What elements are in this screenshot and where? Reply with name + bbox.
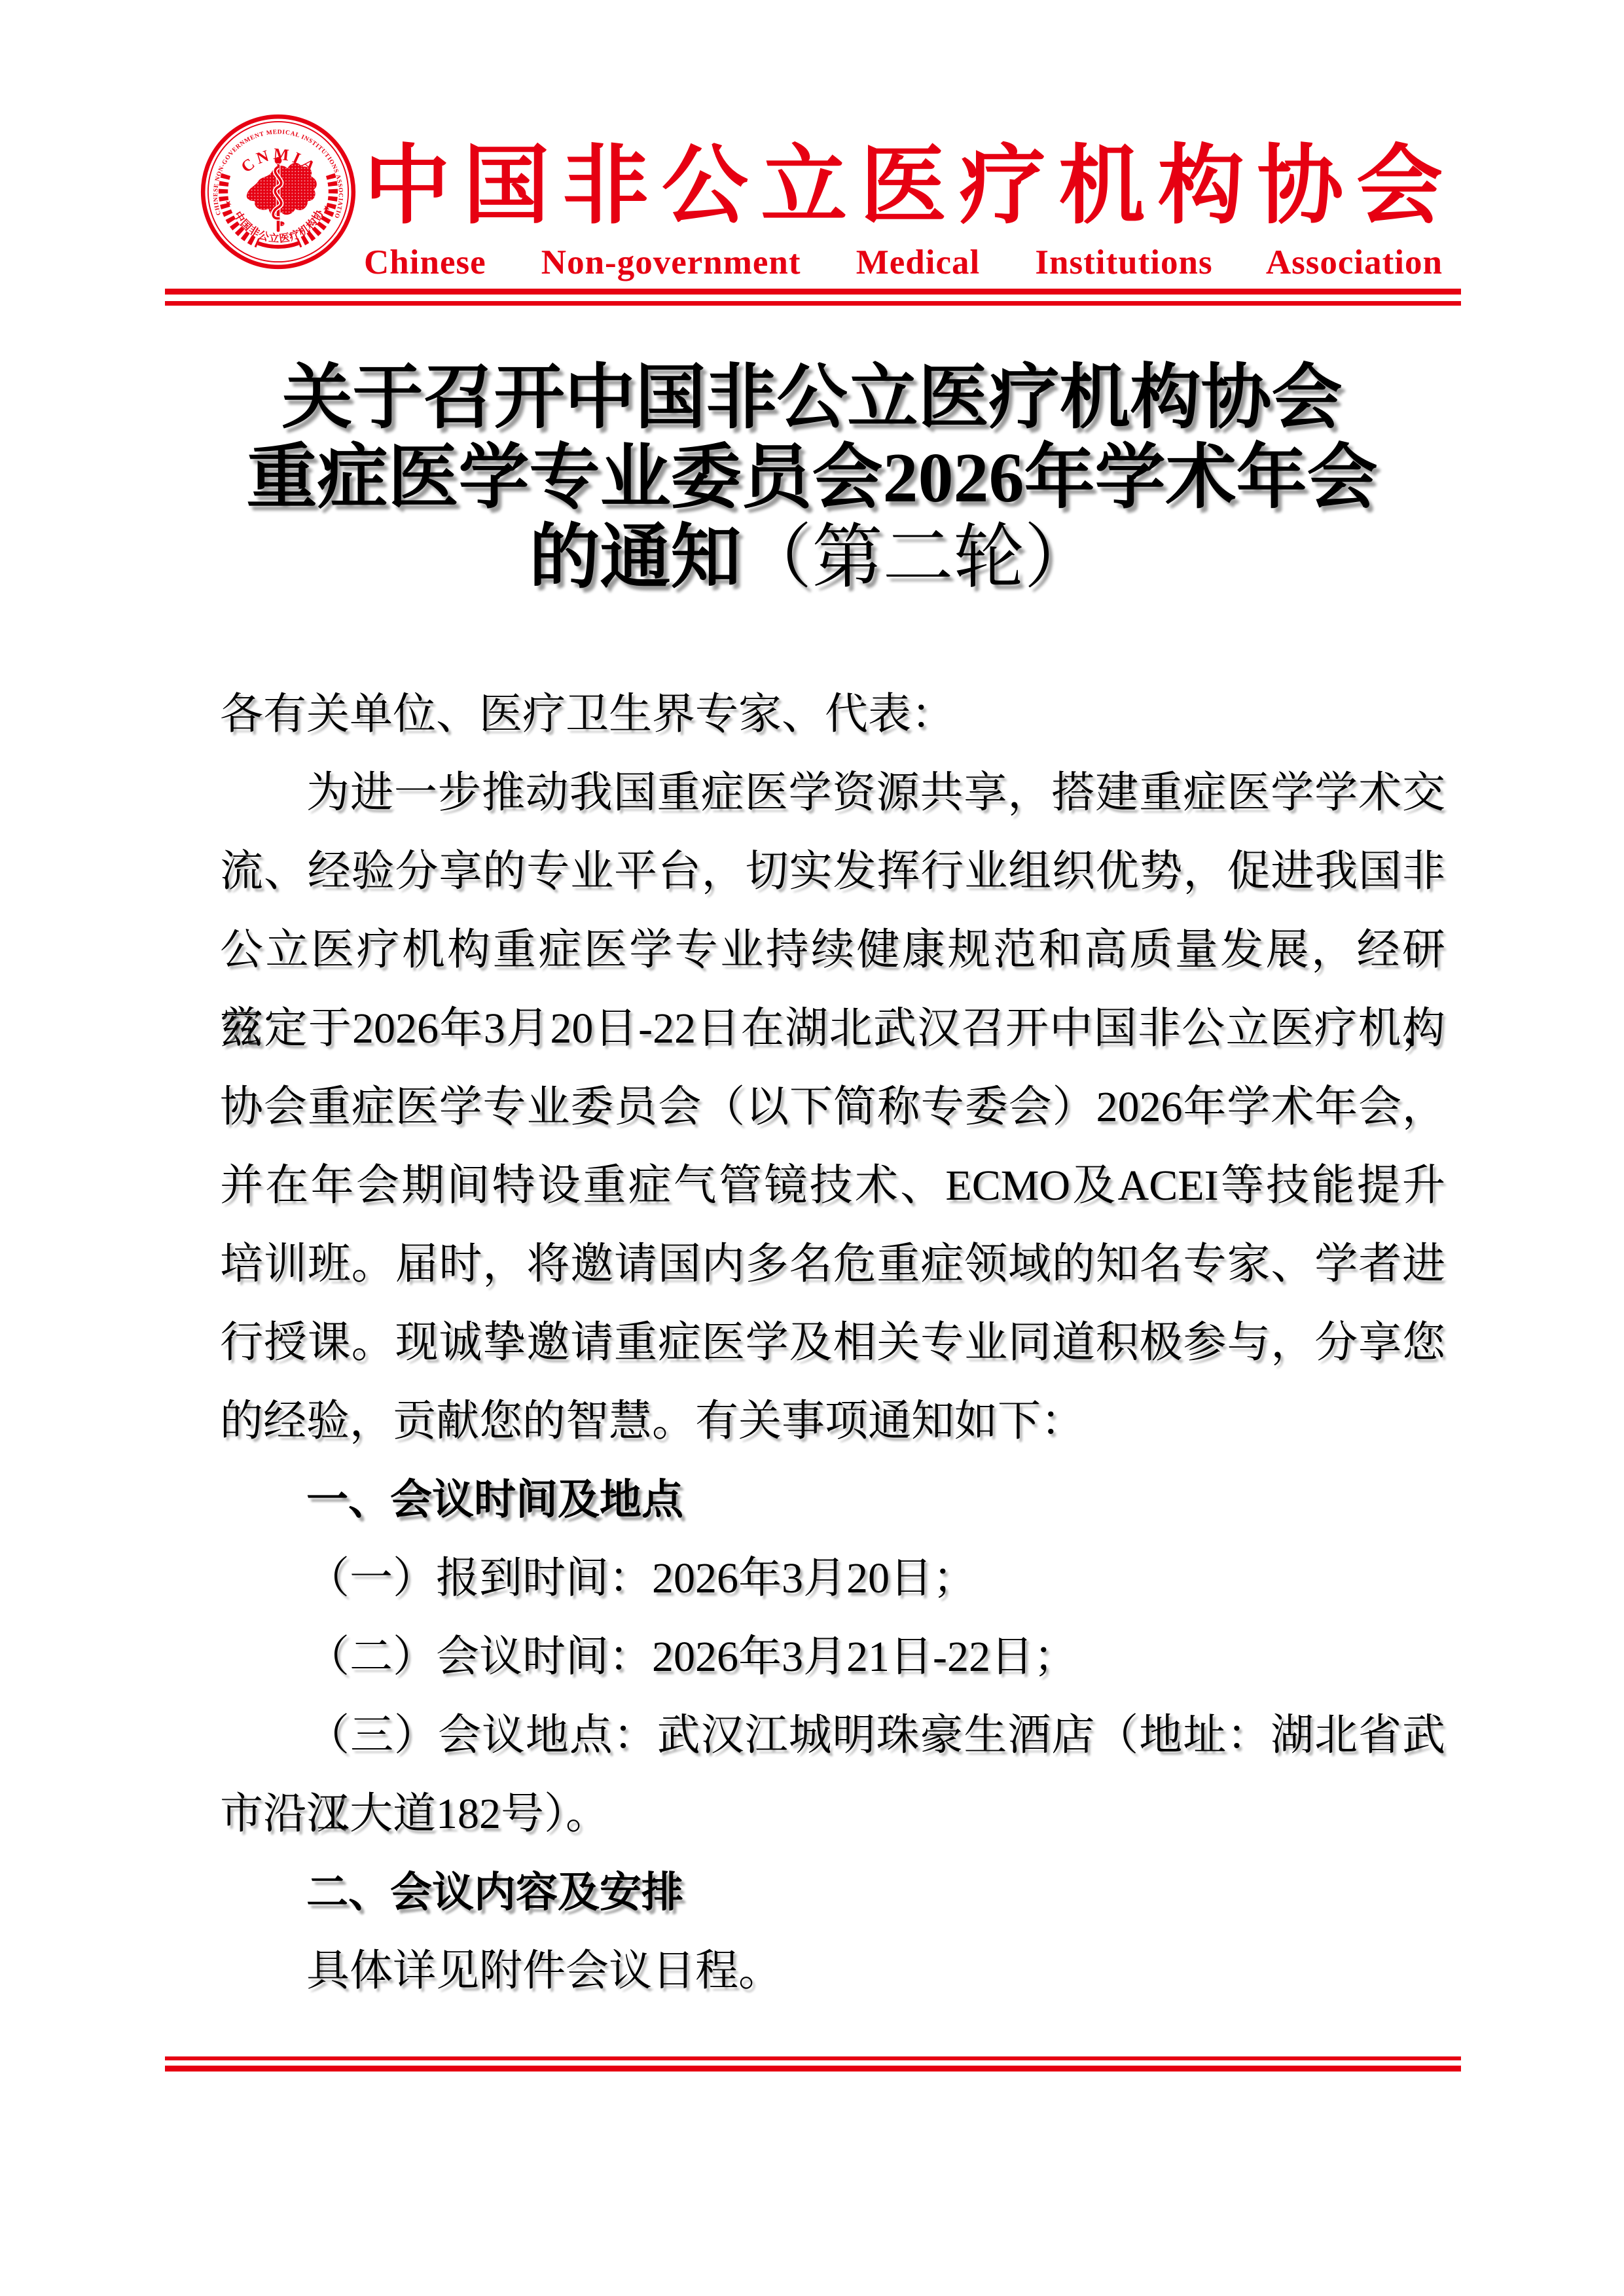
letterhead: 中国非公立医疗机构协会 Chinese Non-government Medic…: [364, 139, 1443, 281]
caduceus-icon: [273, 157, 281, 232]
body-line: 具体详见附件会议日程。: [220, 1932, 1445, 2011]
org-name-cn: 中国非公立医疗机构协会: [364, 139, 1443, 234]
body-line: （一）报到时间：2026年3月20日；: [220, 1539, 1445, 1618]
header-divider-thick: [165, 289, 1461, 295]
body-text: 各有关单位、医疗卫生界专家、代表：为进一步推动我国重症医学资源共享，搭建重症医学…: [220, 675, 1445, 2011]
body-line: 各有关单位、医疗卫生界专家、代表：: [220, 675, 1445, 754]
body-line: 协会重症医学专业委员会（以下简称专委会）2026年学术年会，: [220, 1068, 1445, 1147]
body-line: 兹定于2026年3月20日-22日在湖北武汉召开中国非公立医疗机构: [220, 990, 1445, 1068]
org-name-en: Chinese Non-government Medical Instituti…: [364, 243, 1443, 281]
association-logo: CHINESE NON-GOVERNMENT MEDICAL INSTITUTI…: [200, 114, 356, 270]
footer-divider-thin: [165, 2056, 1461, 2060]
body-line: 的经验，贡献您的智慧。有关事项通知如下：: [220, 1382, 1445, 1461]
notice-document-page: CHINESE NON-GOVERNMENT MEDICAL INSTITUTI…: [0, 0, 1624, 2296]
doc-title-line3-main: 的通知: [529, 519, 741, 597]
header-divider-thin: [165, 301, 1461, 306]
doc-title: 关于召开中国非公立医疗机构协会 重症医学专业委员会2026年学术年会 的通知（第…: [0, 359, 1624, 598]
footer-divider-thick: [165, 2066, 1461, 2072]
association-seal-graphic: CHINESE NON-GOVERNMENT MEDICAL INSTITUTI…: [200, 114, 356, 270]
doc-title-line1: 关于召开中国非公立医疗机构协会: [0, 359, 1624, 439]
doc-title-line3-round: （第二轮）: [742, 519, 1095, 597]
body-line: 流、经验分享的专业平台，切实发挥行业组织优势，促进我国非: [220, 833, 1445, 911]
body-line: 培训班。届时，将邀请国内多名危重症领域的知名专家、学者进: [220, 1225, 1445, 1304]
doc-title-line2: 重症医学专业委员会2026年学术年会: [0, 439, 1624, 518]
section-heading: 二、会议内容及安排: [220, 1854, 1445, 1932]
body-line: 并在年会期间特设重症气管镜技术、ECMO及ACEI等技能提升: [220, 1147, 1445, 1225]
body-line: 为进一步推动我国重症医学资源共享，搭建重症医学学术交: [220, 754, 1445, 833]
body-line: 市沿江大道182号）。: [220, 1775, 1445, 1854]
china-map-icon: [247, 163, 317, 226]
body-line: （二）会议时间：2026年3月21日-22日；: [220, 1618, 1445, 1696]
section-heading: 一、会议时间及地点: [220, 1461, 1445, 1539]
body-line: （三）会议地点：武汉江城明珠豪生酒店（地址：湖北省武汉: [220, 1696, 1445, 1775]
doc-title-line3: 的通知（第二轮）: [0, 518, 1624, 598]
body-line: 行授课。现诚挚邀请重症医学及相关专业同道积极参与，分享您: [220, 1304, 1445, 1382]
body-line: 公立医疗机构重症医学专业持续健康规范和高质量发展，经研究，: [220, 911, 1445, 990]
